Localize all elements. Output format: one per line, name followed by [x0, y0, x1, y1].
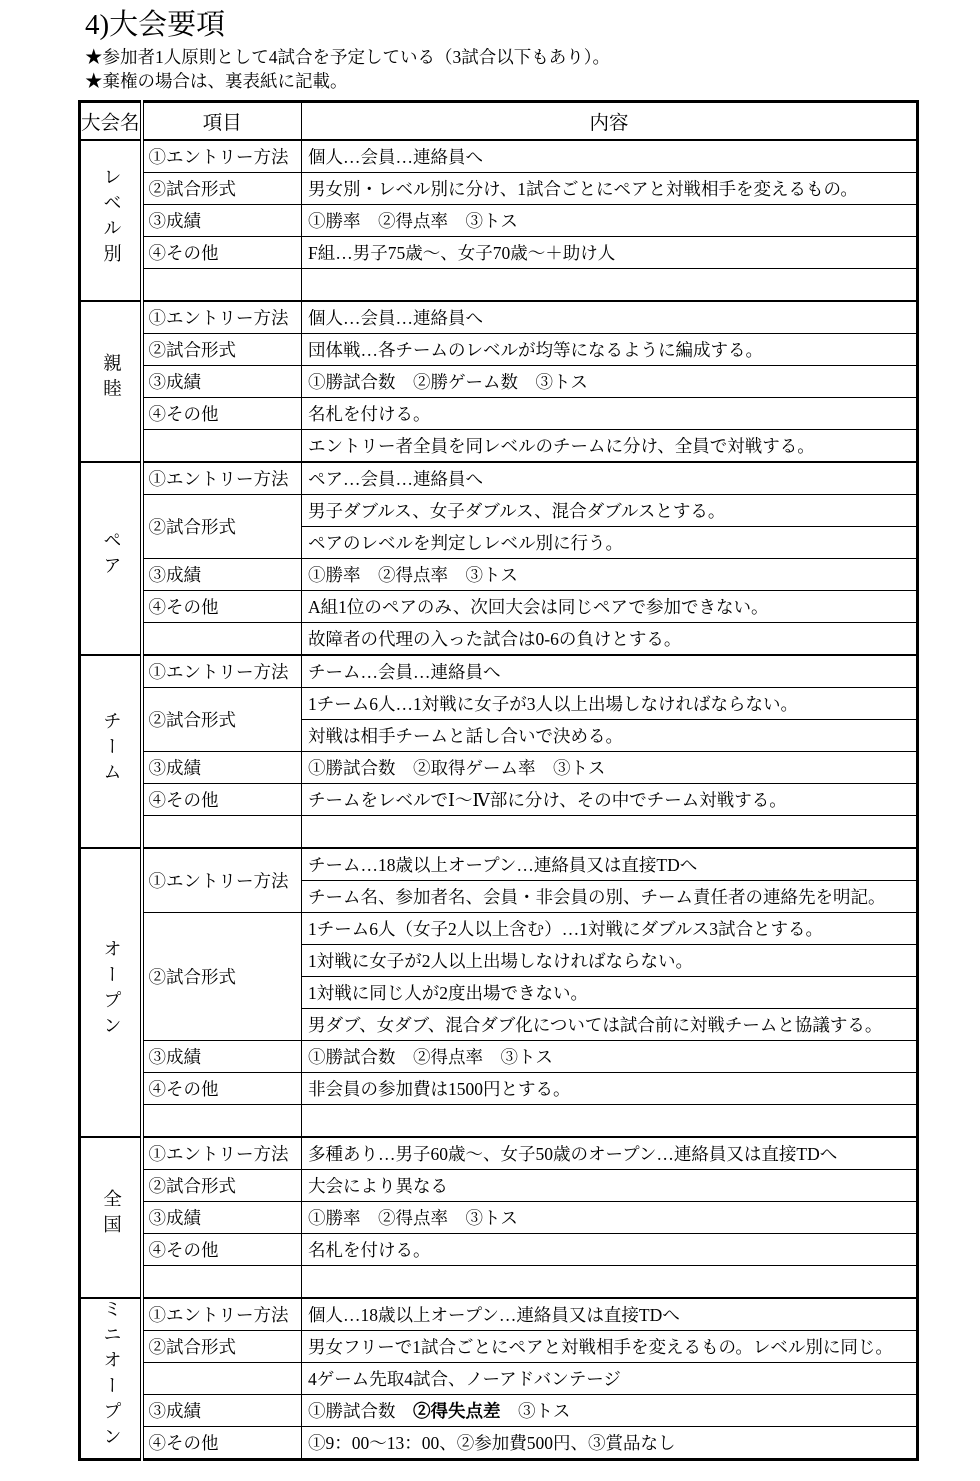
content-cell: 大会により異なる — [302, 1169, 918, 1201]
content-cell: ①勝試合数 ②得点率 ③トス — [302, 1040, 918, 1072]
item-cell: ④その他 — [142, 236, 302, 268]
table-row: ④その他非会員の参加費は1500円とする。 — [80, 1072, 918, 1104]
item-cell: ②試合形式 — [142, 1169, 302, 1201]
content-cell: ペア…会員…連絡員へ — [302, 462, 918, 495]
item-cell — [142, 268, 302, 301]
document-header: 4)大会要項 ★参加者1人原則として4試合を予定している（3試合以下もあり）。 … — [85, 10, 980, 93]
item-cell — [142, 622, 302, 655]
item-cell: ④その他 — [142, 1426, 302, 1459]
content-cell: ①勝試合数 ②得失点差 ③トス — [302, 1394, 918, 1426]
table-row: ③成績①勝試合数 ②得点率 ③トス — [80, 1040, 918, 1072]
content-cell: チーム…会員…連絡員へ — [302, 655, 918, 688]
content-segment: ③トス — [501, 1401, 571, 1421]
item-cell: ②試合形式 — [142, 333, 302, 365]
table-row — [80, 268, 918, 301]
content-cell: 男ダブ、女ダブ、混合ダブ化については試合前に対戦チームと協議する。 — [302, 1008, 918, 1040]
content-cell: ペアのレベルを判定しレベル別に行う。 — [302, 526, 918, 558]
item-cell — [142, 1104, 302, 1137]
content-cell: 団体戦…各チームのレベルが均等になるように編成する。 — [302, 333, 918, 365]
table-row: ③成績①勝試合数 ②勝ゲーム数 ③トス — [80, 365, 918, 397]
content-cell: 非会員の参加費は1500円とする。 — [302, 1072, 918, 1104]
item-cell — [142, 429, 302, 462]
content-cell: 名札を付ける。 — [302, 1233, 918, 1265]
item-cell: ③成績 — [142, 1040, 302, 1072]
table-row: レベル別①エントリー方法個人…会員…連絡員へ — [80, 140, 918, 173]
item-cell: ④その他 — [142, 397, 302, 429]
section-label-text: ペア — [101, 530, 120, 581]
table-row: ④その他A組1位のペアのみ、次回大会は同じペアで参加できない。 — [80, 590, 918, 622]
content-cell: ①勝試合数 ②取得ゲーム率 ③トス — [302, 751, 918, 783]
table-row: ②試合形式1チーム6人…1対戦に女子が3人以上出場しなければならない。 — [80, 687, 918, 719]
table-row: ペア①エントリー方法ペア…会員…連絡員へ — [80, 462, 918, 495]
table-row — [80, 1104, 918, 1137]
table-row: ②試合形式男女フリーで1試合ごとにペアと対戦相手を変えるもの。レベル別に同じ。 — [80, 1330, 918, 1362]
item-cell: ②試合形式 — [142, 494, 302, 558]
table-row: オープン①エントリー方法チーム…18歳以上オープン…連絡員又は直接TDへ — [80, 848, 918, 881]
content-cell: チーム名、参加者名、会員・非会員の別、チーム責任者の連絡先を明記。 — [302, 880, 918, 912]
table-row: ③成績①勝試合数 ②得失点差 ③トス — [80, 1394, 918, 1426]
content-cell: 多種あり…男子60歳～、女子50歳のオープン…連絡員又は直接TDへ — [302, 1137, 918, 1170]
header-row: 大会名 項目 内容 — [80, 101, 918, 140]
content-cell: エントリー者全員を同レベルのチームに分け、全員で対戦する。 — [302, 429, 918, 462]
item-cell: ②試合形式 — [142, 172, 302, 204]
item-cell: ③成績 — [142, 558, 302, 590]
table-row: ③成績①勝率 ②得点率 ③トス — [80, 558, 918, 590]
section-label-pair: ペア — [80, 462, 142, 655]
content-cell: 1チーム6人（女子2人以上含む）…1対戦にダブルス3試合とする。 — [302, 912, 918, 944]
content-cell: 個人…会員…連絡員へ — [302, 301, 918, 334]
tournament-table: 大会名 項目 内容 レベル別①エントリー方法個人…会員…連絡員へ②試合形式男女別… — [78, 100, 919, 1461]
content-cell: 4ゲーム先取4試合、ノーアドバンテージ — [302, 1362, 918, 1394]
table-row: ③成績①勝試合数 ②取得ゲーム率 ③トス — [80, 751, 918, 783]
item-cell — [142, 815, 302, 848]
item-cell: ①エントリー方法 — [142, 462, 302, 495]
section-label-national: 全国 — [80, 1137, 142, 1298]
table-row: ②試合形式団体戦…各チームのレベルが均等になるように編成する。 — [80, 333, 918, 365]
item-cell: ③成績 — [142, 204, 302, 236]
header-content: 内容 — [302, 101, 918, 140]
table-row: ④その他F組…男子75歳～、女子70歳～＋助け人 — [80, 236, 918, 268]
table-row: 全国①エントリー方法多種あり…男子60歳～、女子50歳のオープン…連絡員又は直接… — [80, 1137, 918, 1170]
content-cell: 故障者の代理の入った試合は0-6の負けとする。 — [302, 622, 918, 655]
table-row: 4ゲーム先取4試合、ノーアドバンテージ — [80, 1362, 918, 1394]
content-cell: F組…男子75歳～、女子70歳～＋助け人 — [302, 236, 918, 268]
content-cell — [302, 1265, 918, 1298]
content-cell: チーム…18歳以上オープン…連絡員又は直接TDへ — [302, 848, 918, 881]
content-cell — [302, 1104, 918, 1137]
section-label-text: オープン — [101, 939, 120, 1041]
table-header-row: 大会名 項目 内容 — [80, 101, 918, 140]
table-row: ④その他名札を付ける。 — [80, 397, 918, 429]
item-cell: ③成績 — [142, 1201, 302, 1233]
section-pair: ペア①エントリー方法ペア…会員…連絡員へ②試合形式男子ダブルス、女子ダブルス、混… — [80, 462, 918, 655]
content-cell — [302, 815, 918, 848]
item-cell: ④その他 — [142, 783, 302, 815]
item-cell — [142, 1362, 302, 1394]
note-line-2: ★棄権の場合は、裏表紙に記載。 — [85, 69, 980, 93]
table-row: ③成績①勝率 ②得点率 ③トス — [80, 1201, 918, 1233]
content-cell: 男子ダブルス、女子ダブルス、混合ダブルスとする。 — [302, 494, 918, 526]
section-label-text: ミニオープン — [101, 1299, 120, 1452]
content-cell: 男女フリーで1試合ごとにペアと対戦相手を変えるもの。レベル別に同じ。 — [302, 1330, 918, 1362]
item-cell: ②試合形式 — [142, 912, 302, 1040]
item-cell: ④その他 — [142, 590, 302, 622]
item-cell: ②試合形式 — [142, 687, 302, 751]
header-tournament-name: 大会名 — [80, 101, 142, 140]
section-label-text: 全国 — [101, 1189, 120, 1240]
item-cell: ①エントリー方法 — [142, 655, 302, 688]
item-cell: ③成績 — [142, 751, 302, 783]
content-cell: 対戦は相手チームと話し合いで決める。 — [302, 719, 918, 751]
section-label-team: チーム — [80, 655, 142, 848]
section-label-text: 親睦 — [101, 353, 120, 404]
section-label-level: レベル別 — [80, 140, 142, 301]
item-cell: ①エントリー方法 — [142, 140, 302, 173]
document-page: 4)大会要項 ★参加者1人原則として4試合を予定している（3試合以下もあり）。 … — [0, 0, 980, 1481]
item-cell: ①エントリー方法 — [142, 301, 302, 334]
table-row: 故障者の代理の入った試合は0-6の負けとする。 — [80, 622, 918, 655]
table-row: 親睦①エントリー方法個人…会員…連絡員へ — [80, 301, 918, 334]
content-cell: 1対戦に同じ人が2度出場できない。 — [302, 976, 918, 1008]
section-friendship: 親睦①エントリー方法個人…会員…連絡員へ②試合形式団体戦…各チームのレベルが均等… — [80, 301, 918, 462]
content-cell: 1対戦に女子が2人以上出場しなければならない。 — [302, 944, 918, 976]
item-cell: ③成績 — [142, 1394, 302, 1426]
content-cell: 名札を付ける。 — [302, 397, 918, 429]
content-cell: 個人…18歳以上オープン…連絡員又は直接TDへ — [302, 1298, 918, 1331]
section-level: レベル別①エントリー方法個人…会員…連絡員へ②試合形式男女別・レベル別に分け、1… — [80, 140, 918, 301]
content-segment-bold: ②得失点差 — [413, 1401, 501, 1421]
content-cell: ①勝試合数 ②勝ゲーム数 ③トス — [302, 365, 918, 397]
content-cell: 個人…会員…連絡員へ — [302, 140, 918, 173]
item-cell: ④その他 — [142, 1233, 302, 1265]
table-row: ミニオープン①エントリー方法個人…18歳以上オープン…連絡員又は直接TDへ — [80, 1298, 918, 1331]
item-cell: ③成績 — [142, 365, 302, 397]
note-line-1: ★参加者1人原則として4試合を予定している（3試合以下もあり）。 — [85, 45, 980, 69]
section-label-text: チーム — [101, 711, 120, 788]
page-title: 4)大会要項 — [85, 10, 980, 42]
content-cell: ①勝率 ②得点率 ③トス — [302, 558, 918, 590]
item-cell: ①エントリー方法 — [142, 1137, 302, 1170]
table-row: ②試合形式男子ダブルス、女子ダブルス、混合ダブルスとする。 — [80, 494, 918, 526]
table-row: エントリー者全員を同レベルのチームに分け、全員で対戦する。 — [80, 429, 918, 462]
table-row — [80, 815, 918, 848]
table-row: チーム①エントリー方法チーム…会員…連絡員へ — [80, 655, 918, 688]
item-cell: ①エントリー方法 — [142, 848, 302, 913]
table-row: ②試合形式大会により異なる — [80, 1169, 918, 1201]
table-row: ④その他名札を付ける。 — [80, 1233, 918, 1265]
content-segment: ①勝試合数 — [308, 1401, 413, 1421]
section-team: チーム①エントリー方法チーム…会員…連絡員へ②試合形式1チーム6人…1対戦に女子… — [80, 655, 918, 848]
content-cell — [302, 268, 918, 301]
content-cell: ①9：00～13：00、②参加費500円、③賞品なし — [302, 1426, 918, 1459]
content-cell: A組1位のペアのみ、次回大会は同じペアで参加できない。 — [302, 590, 918, 622]
table-row: ②試合形式男女別・レベル別に分け、1試合ごとにペアと対戦相手を変えるもの。 — [80, 172, 918, 204]
section-label-open: オープン — [80, 848, 142, 1137]
table-row: ③成績①勝率 ②得点率 ③トス — [80, 204, 918, 236]
table-row: ④その他①9：00～13：00、②参加費500円、③賞品なし — [80, 1426, 918, 1459]
section-open: オープン①エントリー方法チーム…18歳以上オープン…連絡員又は直接TDへチーム名… — [80, 848, 918, 1137]
section-national: 全国①エントリー方法多種あり…男子60歳～、女子50歳のオープン…連絡員又は直接… — [80, 1137, 918, 1298]
item-cell: ②試合形式 — [142, 1330, 302, 1362]
section-label-text: レベル別 — [101, 167, 120, 269]
content-cell: 1チーム6人…1対戦に女子が3人以上出場しなければならない。 — [302, 687, 918, 719]
content-cell: 男女別・レベル別に分け、1試合ごとにペアと対戦相手を変えるもの。 — [302, 172, 918, 204]
section-label-friendship: 親睦 — [80, 301, 142, 462]
item-cell: ④その他 — [142, 1072, 302, 1104]
content-cell: ①勝率 ②得点率 ③トス — [302, 1201, 918, 1233]
header-item: 項目 — [142, 101, 302, 140]
section-mini-open: ミニオープン①エントリー方法個人…18歳以上オープン…連絡員又は直接TDへ②試合… — [80, 1298, 918, 1460]
table-row: ②試合形式1チーム6人（女子2人以上含む）…1対戦にダブルス3試合とする。 — [80, 912, 918, 944]
section-label-mini-open: ミニオープン — [80, 1298, 142, 1460]
table-row — [80, 1265, 918, 1298]
content-cell: ①勝率 ②得点率 ③トス — [302, 204, 918, 236]
content-cell: チームをレベルでⅠ～Ⅳ部に分け、その中でチーム対戦する。 — [302, 783, 918, 815]
table-row: ④その他チームをレベルでⅠ～Ⅳ部に分け、その中でチーム対戦する。 — [80, 783, 918, 815]
item-cell: ①エントリー方法 — [142, 1298, 302, 1331]
item-cell — [142, 1265, 302, 1298]
